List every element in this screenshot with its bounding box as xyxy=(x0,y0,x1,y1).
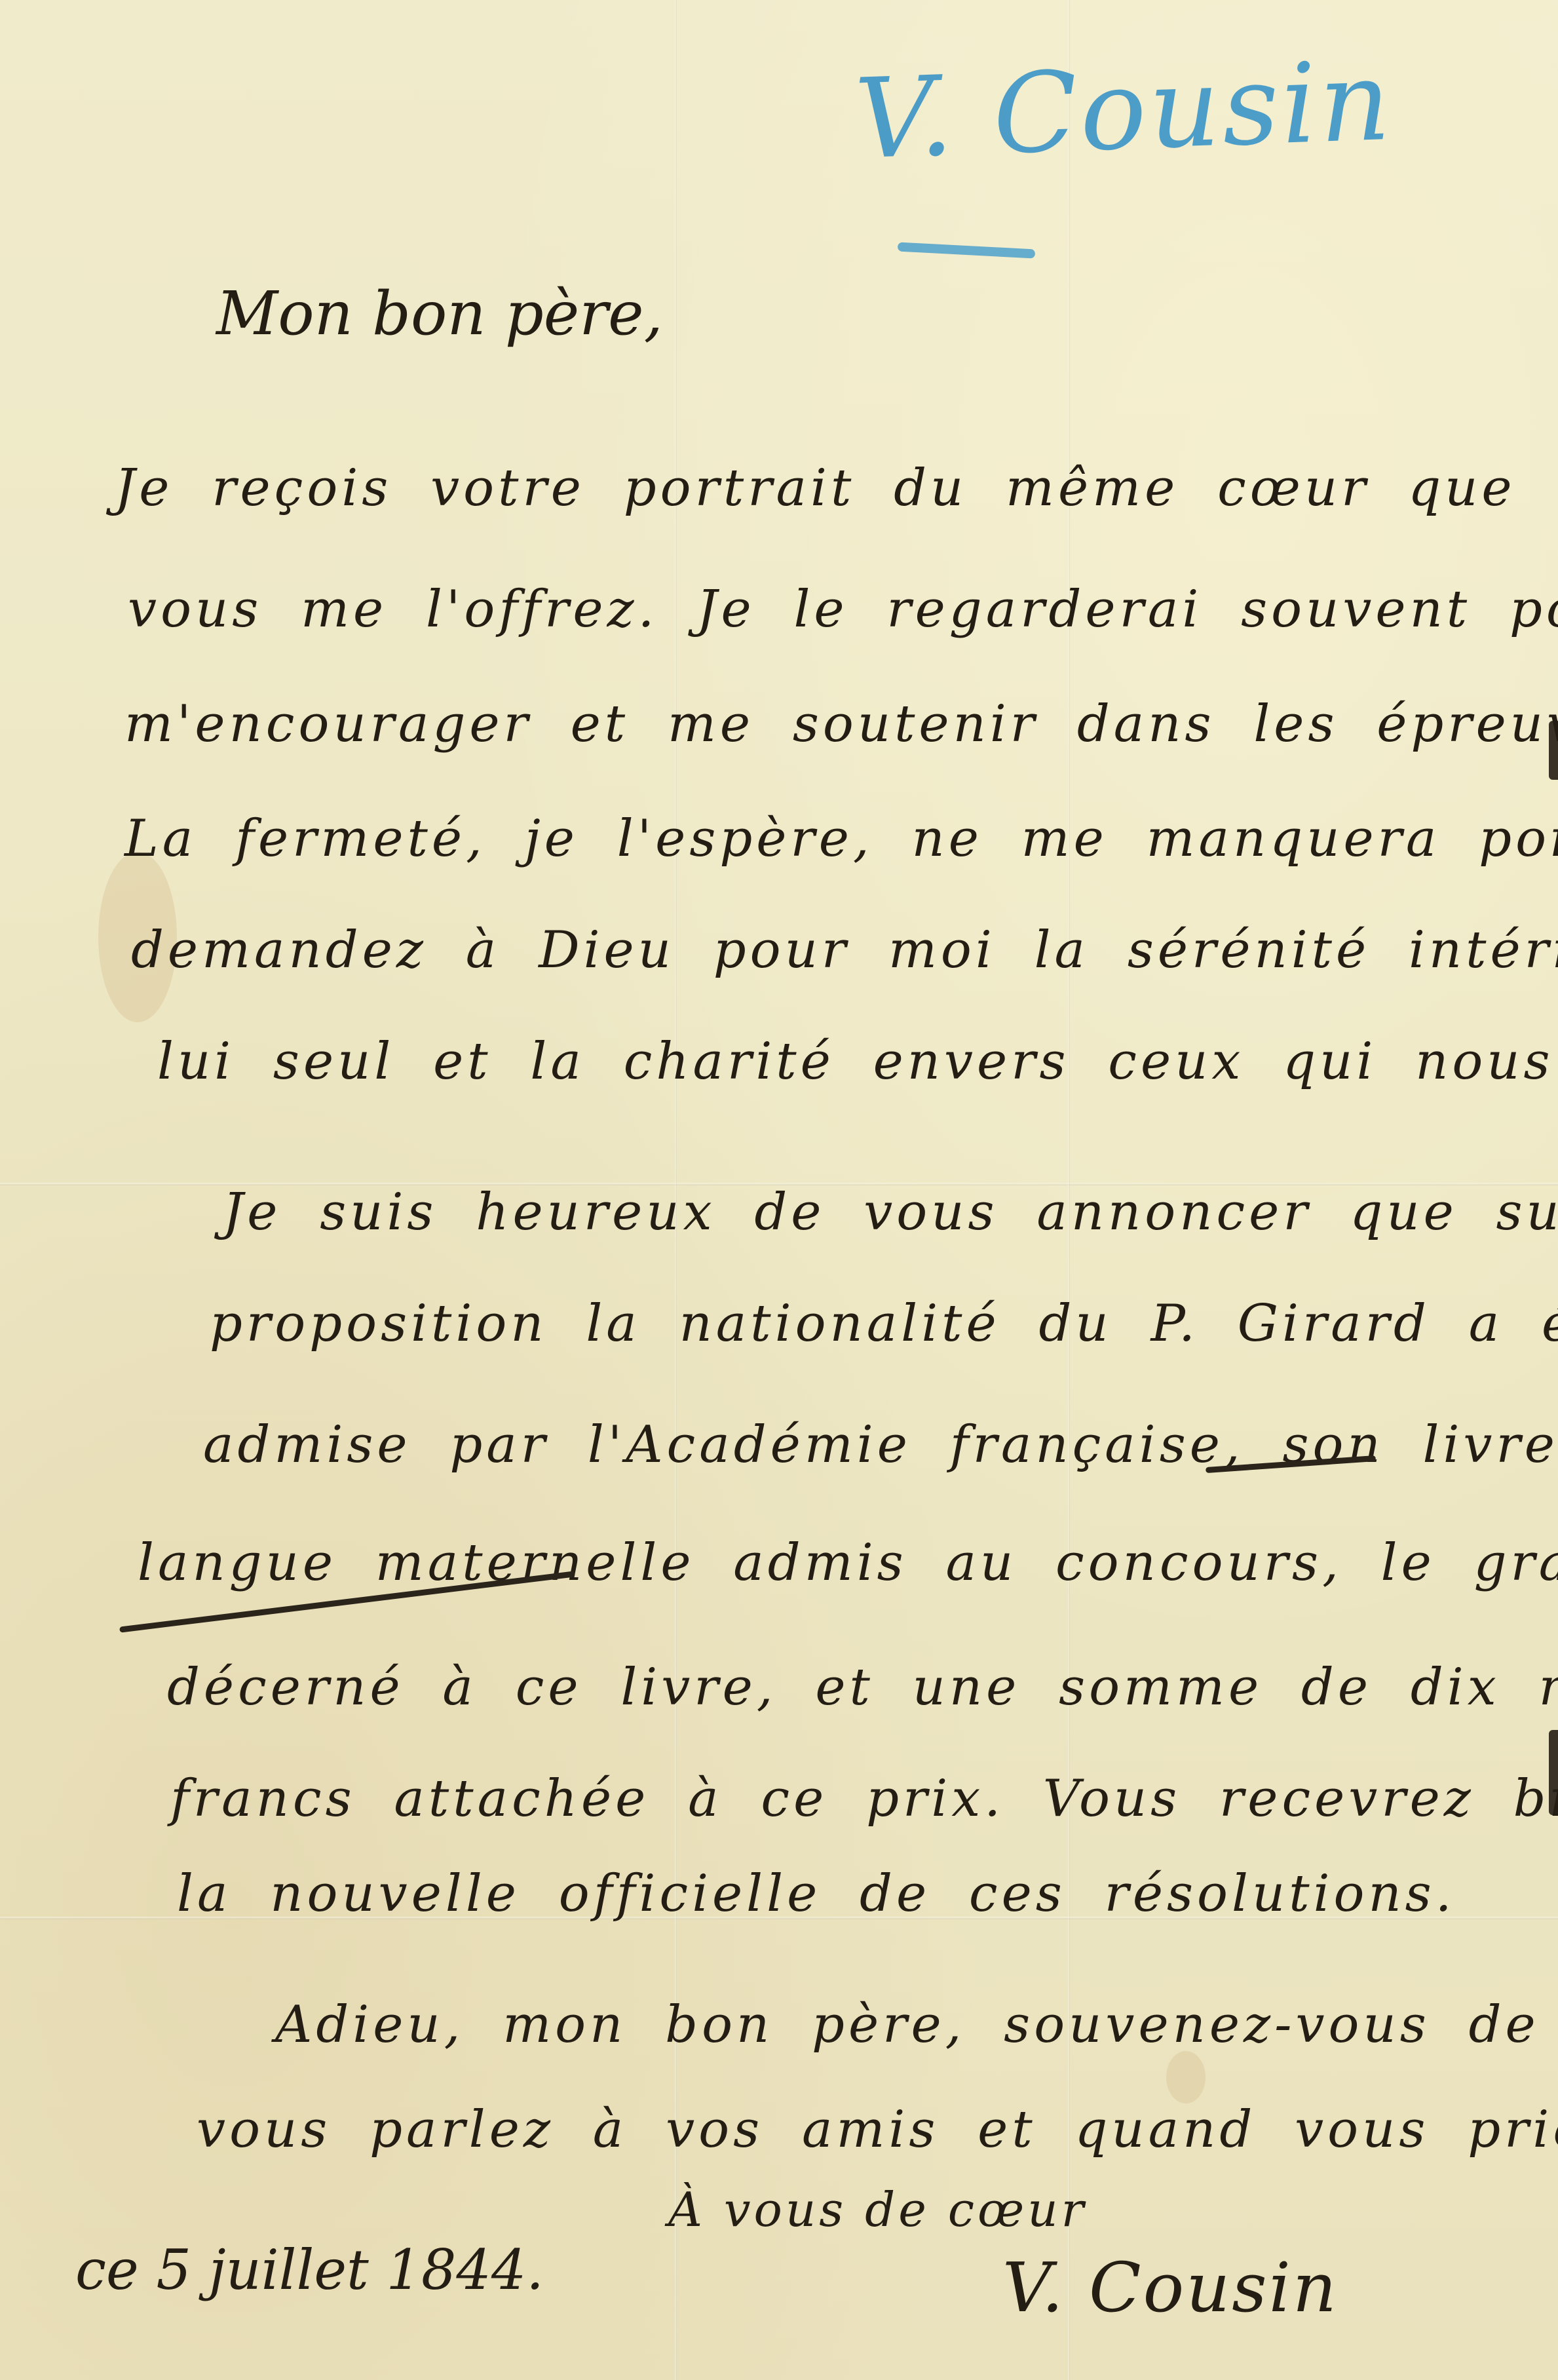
letter-line: Adieu, mon bon père, souvenez-vous de mo… xyxy=(275,1995,1558,2054)
letter-line: proposition la nationalité du P. Girard … xyxy=(210,1294,1558,1353)
letter-line: m'encourager et me soutenir dans les épr… xyxy=(124,695,1558,754)
letter-line: Je reçois votre portrait du même cœur qu… xyxy=(115,459,1516,518)
letter-line: francs attachée à ce prix. Vous recevrez… xyxy=(170,1769,1558,1828)
letter-line: la nouvelle officielle de ces résolution… xyxy=(177,1864,1456,1923)
signature: V. Cousin xyxy=(1002,2248,1339,2328)
letter-line: langue maternelle admis au concours, le … xyxy=(138,1533,1558,1592)
letter-line: vous parlez à vos amis et quand vous pri… xyxy=(197,2100,1558,2159)
paper-stain xyxy=(1166,2051,1206,2103)
letter-line: vous me l'offrez. Je le regarderai souve… xyxy=(128,580,1558,639)
letter-line: lui seul et la charité envers ceux qui n… xyxy=(157,1032,1558,1091)
letter-line: admise par l'Académie française, son liv… xyxy=(203,1415,1558,1474)
letter-date: ce 5 juillet 1844. xyxy=(75,2238,544,2302)
letter-line: Je suis heureux de vous annoncer que sur… xyxy=(223,1183,1558,1242)
letter-line: La fermeté, je l'espère, ne me manquera … xyxy=(124,809,1558,868)
letter-line: demandez à Dieu pour moi la sérénité int… xyxy=(131,921,1558,980)
letter-line: décerné à ce livre, et une somme de dix … xyxy=(167,1658,1558,1717)
closing-formula: À vous de cœur xyxy=(668,2182,1087,2237)
salutation: Mon bon père, xyxy=(216,278,663,349)
annotation-author-name: V. Cousin xyxy=(853,37,1395,184)
